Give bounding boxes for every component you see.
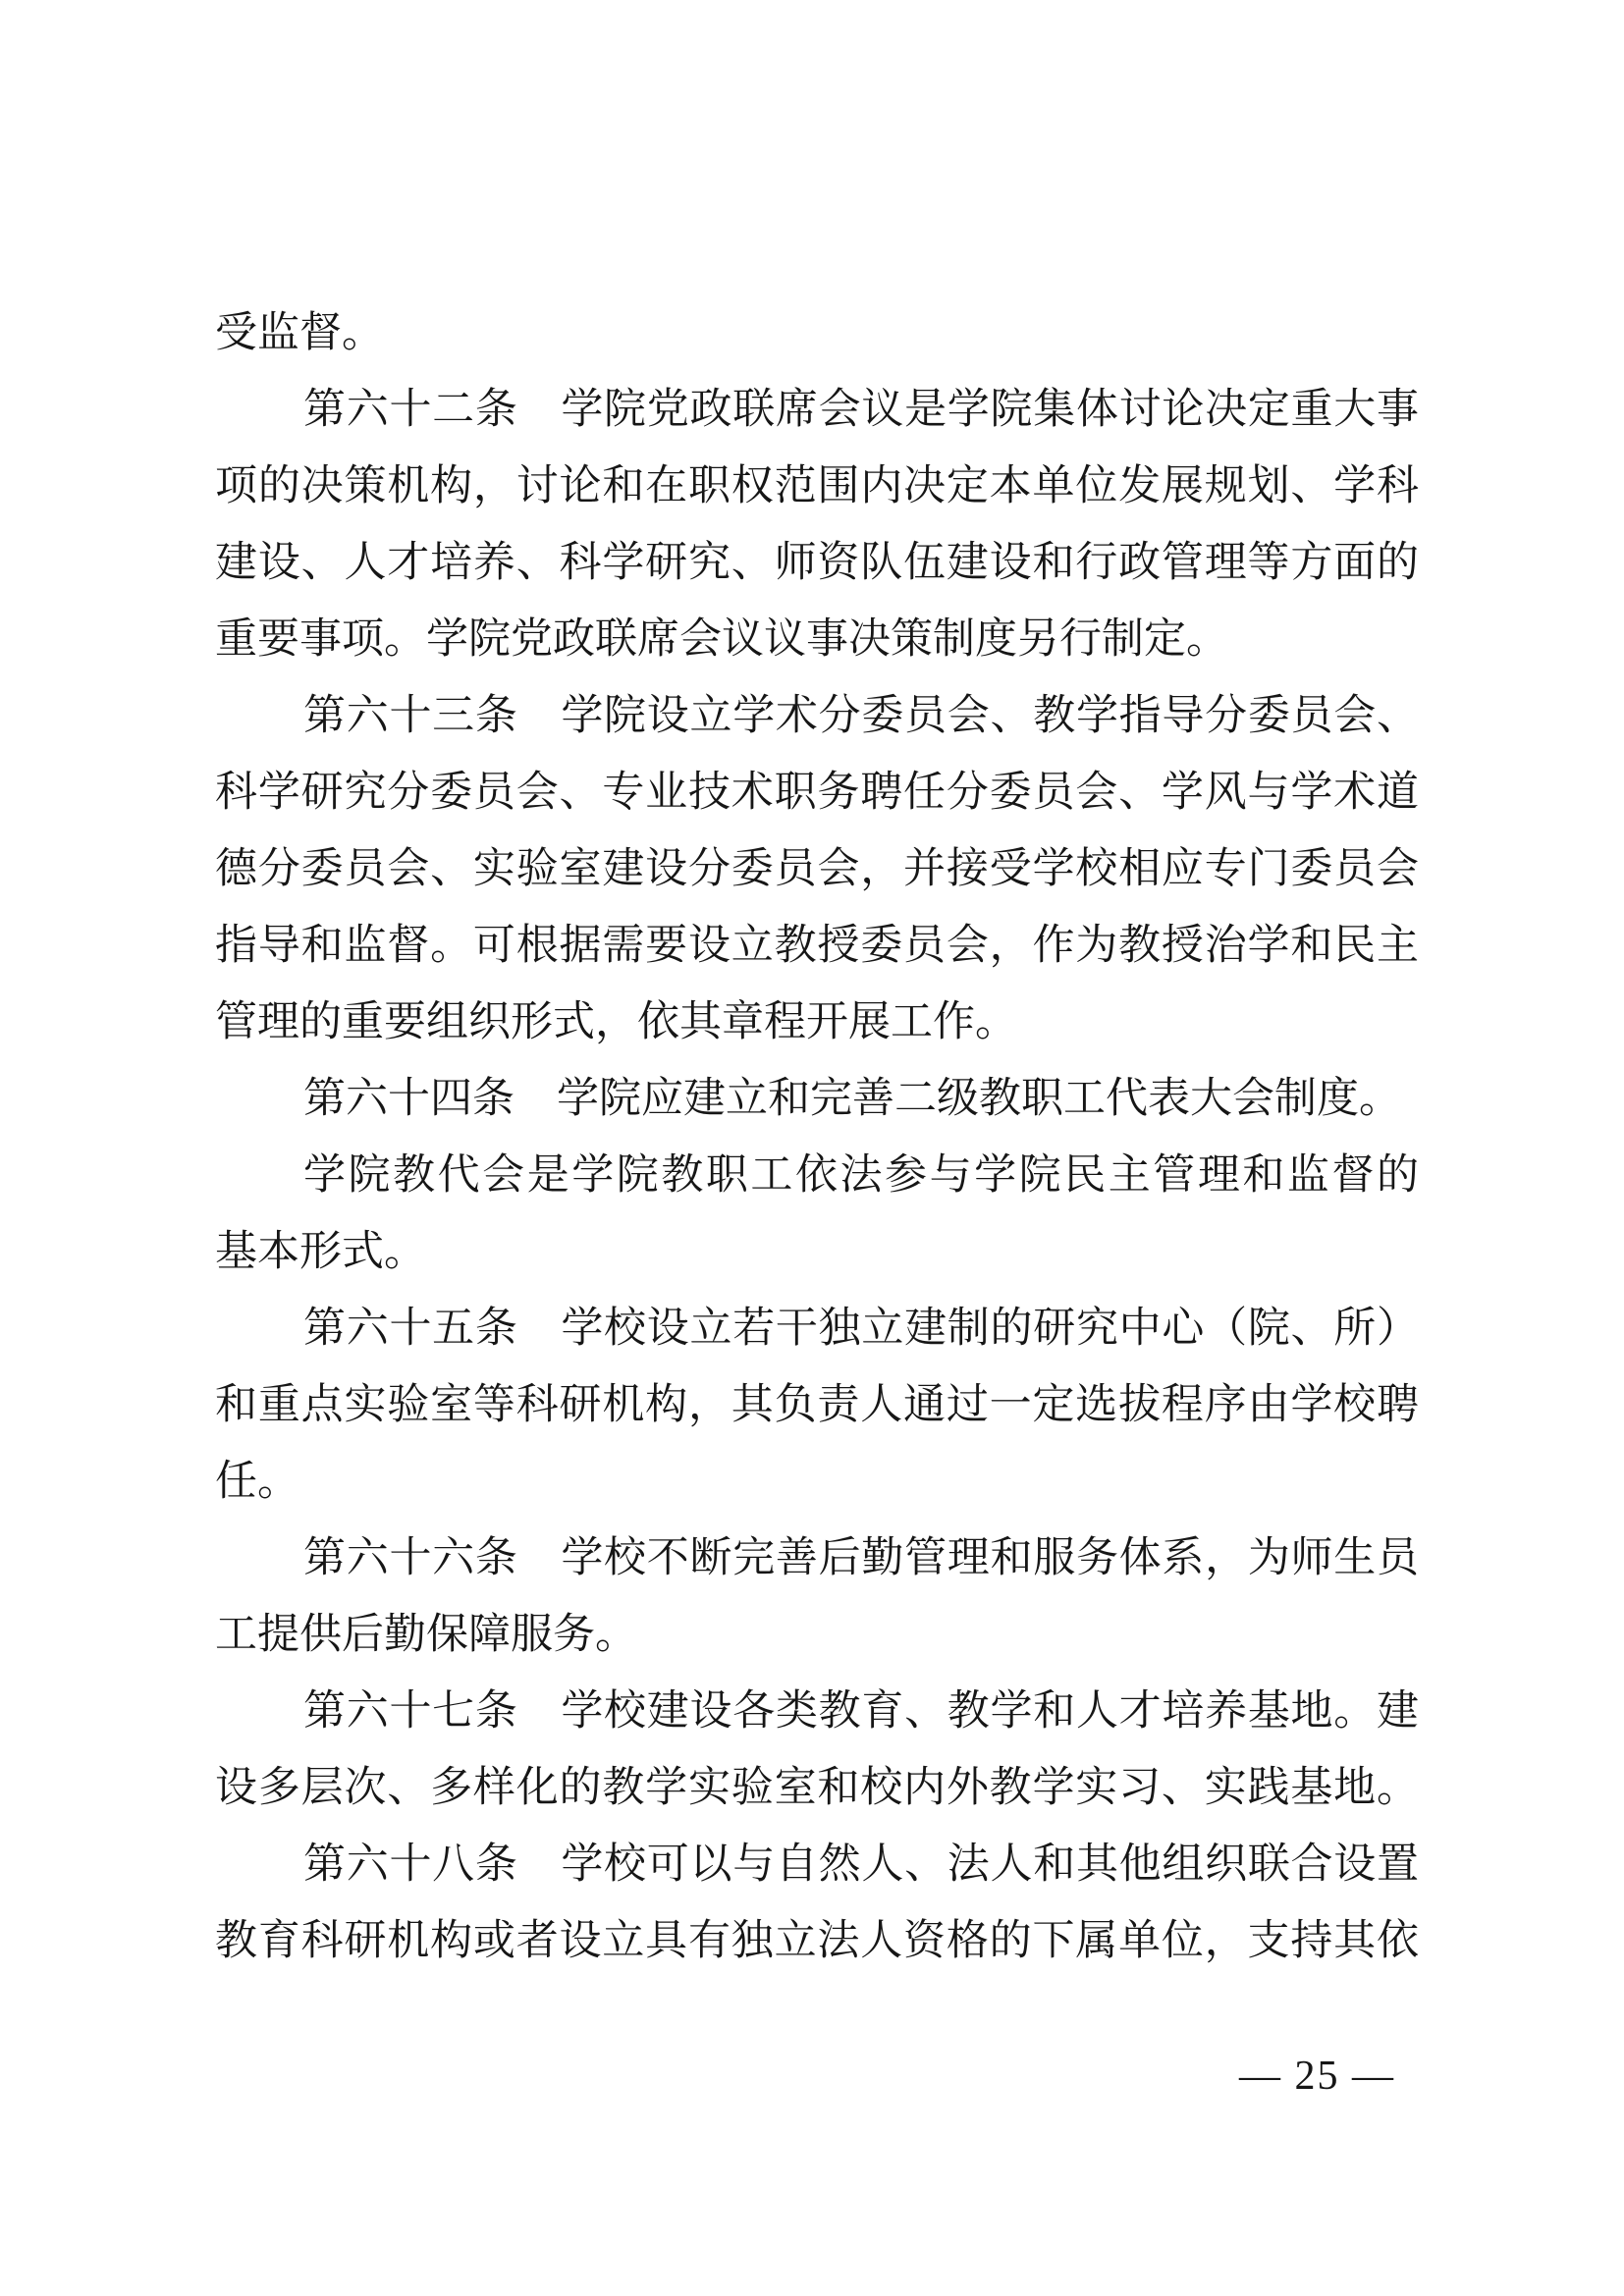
- text-line: 德分委员会、实验室建设分委员会，并接受学校相应专门委员会: [215, 830, 1419, 907]
- text-line: 基本形式。: [215, 1213, 1419, 1290]
- text-line: 任。: [215, 1443, 1419, 1520]
- text-line-article-68: 第六十八条 学校可以与自然人、法人和其他组织联合设置: [215, 1826, 1419, 1902]
- text-line: 建设、人才培养、科学研究、师资队伍建设和行政管理等方面的: [215, 524, 1419, 601]
- text-line-article-65: 第六十五条 学校设立若干独立建制的研究中心（院、所）: [215, 1290, 1419, 1366]
- text-line: 设多层次、多样化的教学实验室和校内外教学实习、实践基地。: [215, 1749, 1419, 1826]
- text-line-article-63: 第六十三条 学院设立学术分委员会、教学指导分委员会、: [215, 677, 1419, 754]
- text-line: 重要事项。学院党政联席会议议事决策制度另行制定。: [215, 601, 1419, 677]
- text-line: 和重点实验室等科研机构，其负责人通过一定选拔程序由学校聘: [215, 1366, 1419, 1443]
- text-line: 科学研究分委员会、专业技术职务聘任分委员会、学风与学术道: [215, 754, 1419, 830]
- text-line: 管理的重要组织形式，依其章程开展工作。: [215, 984, 1419, 1060]
- document-page: 受监督。 第六十二条 学院党政联席会议是学院集体讨论决定重大事 项的决策机构，讨…: [0, 0, 1624, 2296]
- text-line: 工提供后勤保障服务。: [215, 1596, 1419, 1673]
- text-line-article-66: 第六十六条 学校不断完善后勤管理和服务体系，为师生员: [215, 1520, 1419, 1596]
- text-line: 项的决策机构，讨论和在职权范围内决定本单位发展规划、学科: [215, 448, 1419, 524]
- text-line-article-62: 第六十二条 学院党政联席会议是学院集体讨论决定重大事: [215, 371, 1419, 448]
- text-line-article-67: 第六十七条 学校建设各类教育、教学和人才培养基地。建: [215, 1673, 1419, 1749]
- text-line-article-64: 第六十四条 学院应建立和完善二级教职工代表大会制度。: [215, 1060, 1419, 1137]
- charter-text-block: 受监督。 第六十二条 学院党政联席会议是学院集体讨论决定重大事 项的决策机构，讨…: [215, 294, 1419, 1979]
- text-line: 受监督。: [215, 294, 1419, 371]
- text-line: 学院教代会是学院教职工依法参与学院民主管理和监督的: [215, 1137, 1419, 1213]
- text-line: 教育科研机构或者设立具有独立法人资格的下属单位，支持其依: [215, 1902, 1419, 1979]
- page-number: — 25 —: [1239, 2052, 1395, 2101]
- text-line: 指导和监督。可根据需要设立教授委员会，作为教授治学和民主: [215, 907, 1419, 984]
